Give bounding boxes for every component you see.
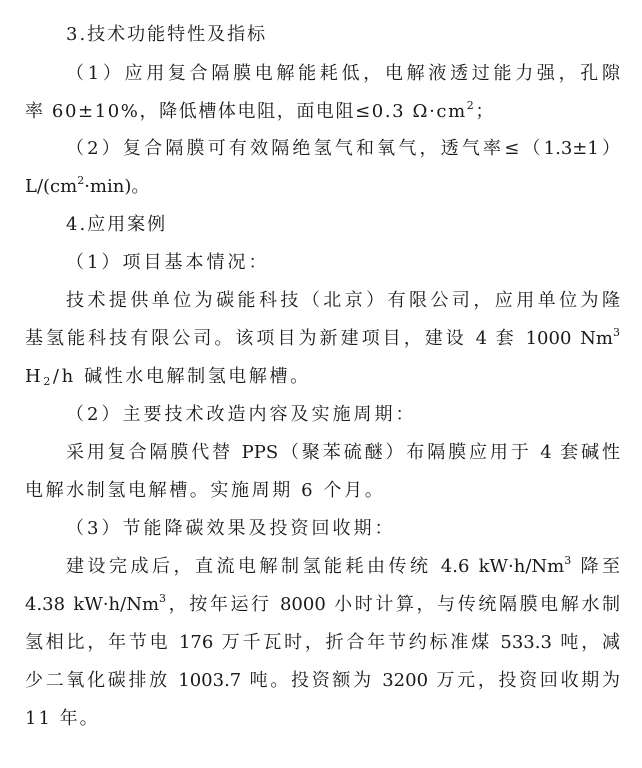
paragraph-text: （1）应用复合隔膜电解能耗低，电解液透过能力强，孔隙 xyxy=(66,63,620,84)
subsection-3-line-1: 建设完成后，直流电解制氢能耗由传统 4.6 kW·h/Nm3 降至 xyxy=(66,555,620,579)
paragraph-text: 基氢能科技有限公司。该项目为新建项目，建设 4 套 1000 Nm xyxy=(25,328,613,349)
paragraph-text: 率 60±10%，降低槽体电阻，面电阻≤0.3 Ω·cm xyxy=(25,101,467,122)
subheading-text: （1）项目基本情况： xyxy=(66,252,269,273)
section-3-heading: 3.技术功能特性及指标 xyxy=(66,23,620,47)
section-4-heading: 4.应用案例 xyxy=(66,213,620,237)
subsection-2-line-2: 电解水制氢电解槽。实施周期 6 个月。 xyxy=(25,479,620,503)
subsection-3-line-3: 氢相比，年节电 176 万千瓦时，折合年节约标准煤 533.3 吨，减 xyxy=(25,631,620,655)
paragraph-text: L/(cm xyxy=(25,176,77,197)
paragraph-text: 采用复合隔膜代替 PPS（聚苯硫醚）布隔膜应用于 4 套碱性 xyxy=(66,442,620,463)
subsection-3-line-4: 少二氧化碳排放 1003.7 吨。投资额为 3200 万元，投资回收期为 xyxy=(25,669,620,693)
paragraph-text: 4.38 kW·h/Nm xyxy=(25,594,159,615)
subsection-1-line-1: 技术提供单位为碳能科技（北京）有限公司，应用单位为隆 xyxy=(66,289,620,313)
subsection-1-line-2: 基氢能科技有限公司。该项目为新建项目，建设 4 套 1000 Nm3 xyxy=(25,327,620,351)
subsection-3-line-5: 11 年。 xyxy=(25,707,620,731)
superscript: 3 xyxy=(159,592,166,605)
subscript: 2 xyxy=(43,375,53,388)
paragraph-text: （2）复合隔膜可有效隔绝氢气和氧气，透气率≤（1.3±1） xyxy=(66,138,620,159)
paragraph-text: 技术提供单位为碳能科技（北京）有限公司，应用单位为隆 xyxy=(66,290,620,311)
paragraph-text: ，按年运行 8000 小时计算，与传统隔膜电解水制 xyxy=(166,594,620,615)
heading-text: 3.技术功能特性及指标 xyxy=(66,24,267,45)
subheading-text: （2）主要技术改造内容及实施周期： xyxy=(66,404,416,425)
paragraph-text: 电解水制氢电解槽。实施周期 6 个月。 xyxy=(25,480,385,501)
document-page: 3.技术功能特性及指标 （1）应用复合隔膜电解能耗低，电解液透过能力强，孔隙 率… xyxy=(0,0,642,768)
heading-text: 4.应用案例 xyxy=(66,214,167,235)
subsection-3-line-2: 4.38 kW·h/Nm3，按年运行 8000 小时计算，与传统隔膜电解水制 xyxy=(25,593,620,617)
paragraph-text: /h 碱性水电解制氢电解槽。 xyxy=(53,366,311,387)
section-3-item-1-line-1: （1）应用复合隔膜电解能耗低，电解液透过能力强，孔隙 xyxy=(66,62,620,86)
subsection-2-line-1: 采用复合隔膜代替 PPS（聚苯硫醚）布隔膜应用于 4 套碱性 xyxy=(66,441,620,465)
paragraph-text: 降至 xyxy=(571,556,620,577)
section-3-item-1-line-2: 率 60±10%，降低槽体电阻，面电阻≤0.3 Ω·cm2； xyxy=(25,100,620,124)
subsection-1-line-3: H2/h 碱性水电解制氢电解槽。 xyxy=(25,365,620,389)
section-3-item-2-line-2: L/(cm2·min)。 xyxy=(25,175,620,199)
superscript: 3 xyxy=(613,326,620,339)
paragraph-text: ； xyxy=(475,101,495,122)
paragraph-text: 氢相比，年节电 176 万千瓦时，折合年节约标准煤 533.3 吨，减 xyxy=(25,632,620,653)
paragraph-text: 建设完成后，直流电解制氢能耗由传统 4.6 kW·h/Nm xyxy=(66,556,564,577)
paragraph-text: ·min)。 xyxy=(84,176,149,197)
subsection-2-title: （2）主要技术改造内容及实施周期： xyxy=(66,403,620,427)
paragraph-text: 少二氧化碳排放 1003.7 吨。投资额为 3200 万元，投资回收期为 xyxy=(25,670,620,691)
subsection-3-title: （3）节能降碳效果及投资回收期： xyxy=(66,517,620,541)
subheading-text: （3）节能降碳效果及投资回收期： xyxy=(66,518,395,539)
subsection-1-title: （1）项目基本情况： xyxy=(66,251,620,275)
section-3-item-2-line-1: （2）复合隔膜可有效隔绝氢气和氧气，透气率≤（1.3±1） xyxy=(66,137,620,161)
paragraph-text: 11 年。 xyxy=(25,708,100,729)
paragraph-text: H xyxy=(25,366,43,387)
